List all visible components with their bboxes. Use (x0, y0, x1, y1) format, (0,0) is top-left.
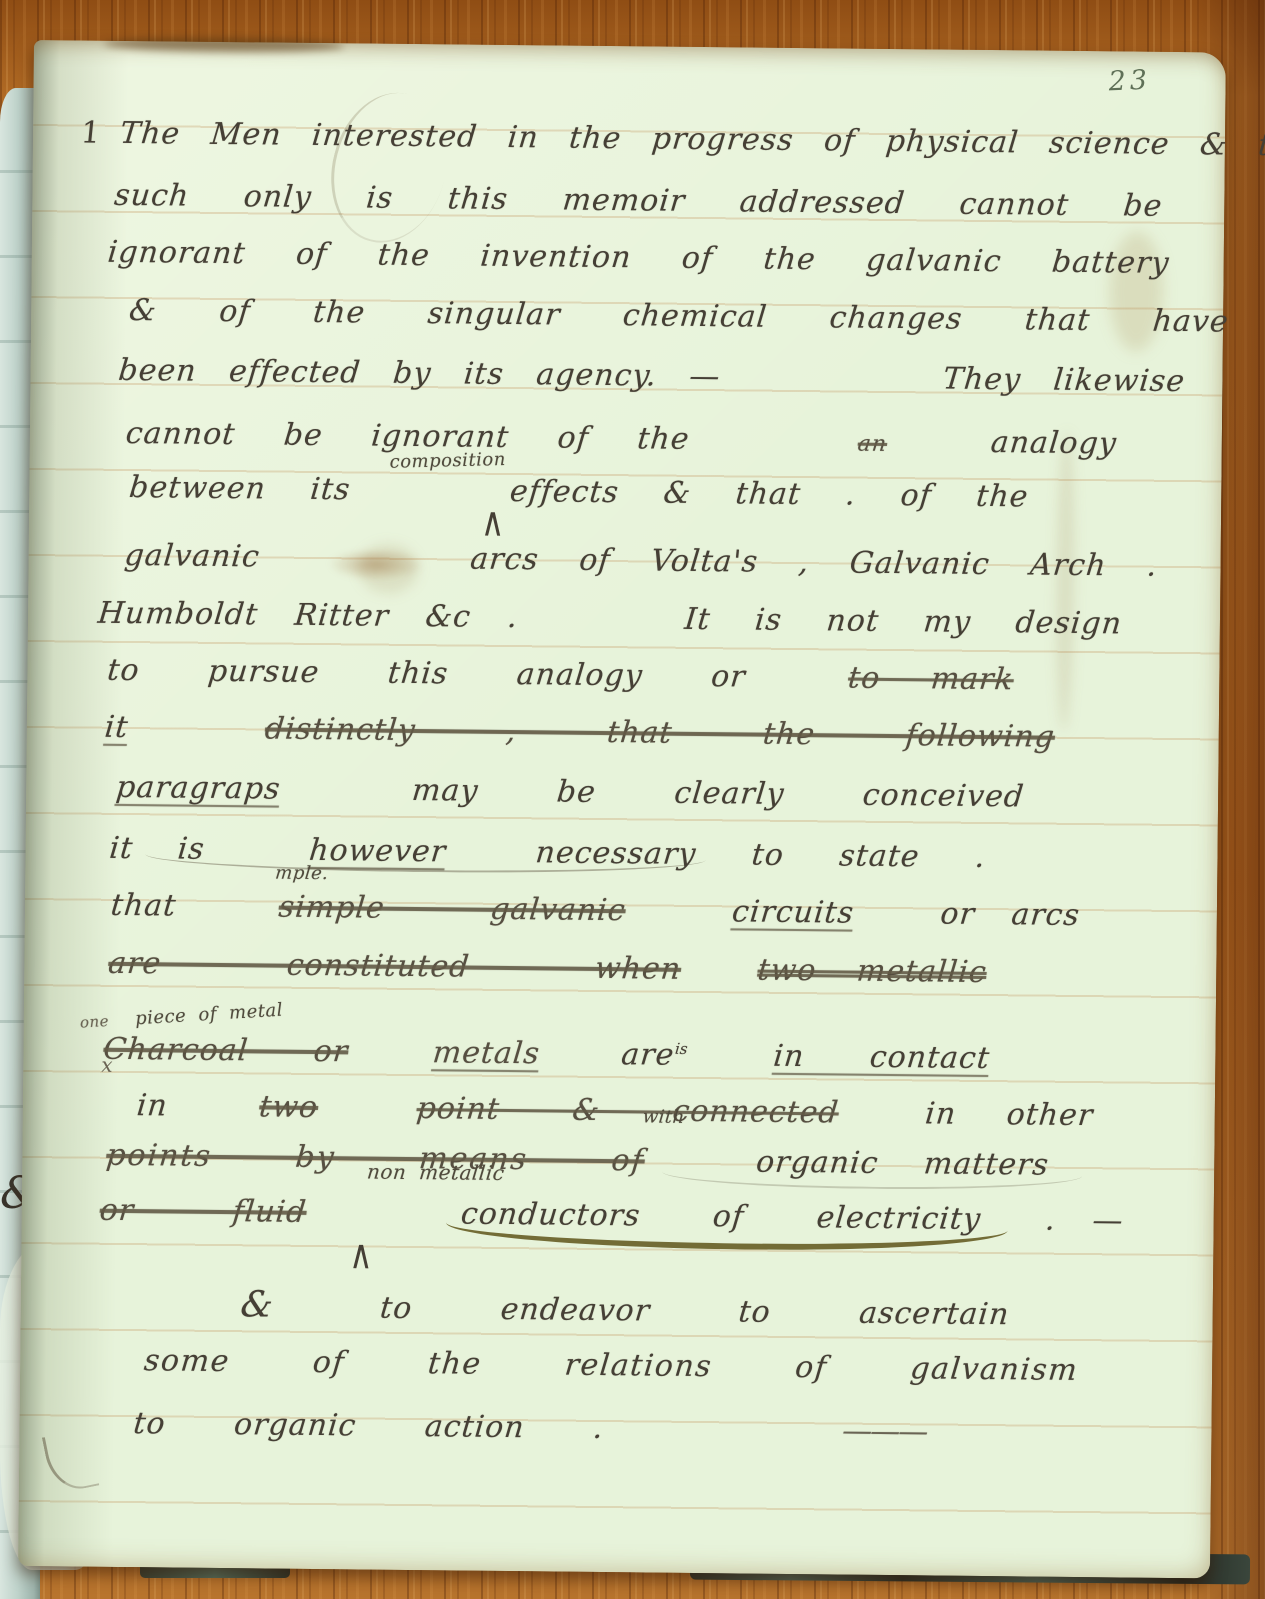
manuscript-line: ignorant of the invention of the galvani… (106, 238, 1170, 279)
inserted-word: composition (389, 451, 506, 472)
inserted-word: mple. (274, 865, 329, 884)
page-number: 23 (1108, 65, 1152, 98)
handwriting-text: It is not my design (683, 602, 1124, 642)
handwriting-text: necessary to state . (534, 835, 987, 875)
struck-text: simple galvanic (277, 890, 627, 929)
manuscript-line: to pursue this analogy or to mark (106, 656, 1015, 695)
manuscript-line: or fluid conductors of electricity . — (98, 1196, 1125, 1237)
manuscript-line: cannot be ignorant of the an analogy (124, 419, 1118, 459)
handwriting-text: some of the relations of galvanism (143, 1343, 1080, 1388)
handwriting-text: non metallic (366, 1160, 506, 1185)
underlined-text: in contact (772, 1039, 992, 1076)
handwriting-text: between its (128, 470, 353, 507)
burnt-edge-patch (104, 37, 344, 54)
handwriting-text: galvanic (123, 538, 262, 574)
handwriting-text: mple. (274, 863, 329, 885)
caret-mark: ∧ (481, 498, 505, 546)
manuscript-line: to organic action . ——— (132, 1409, 928, 1447)
caret-mark: ∧ (349, 1231, 373, 1279)
manuscript-line: points by means of organic matters (105, 1141, 1050, 1181)
pen-stroke-mark (42, 1428, 100, 1494)
struck-text: are constituted when (107, 946, 683, 987)
faint-pencil-circle (315, 80, 463, 256)
handwriting-text: been effected by its agency. — (117, 353, 722, 394)
handwriting-text: it (103, 710, 130, 745)
manuscript-line: Charcoal or metals areis in contact (102, 1035, 991, 1074)
handwriting-text: analogy (989, 425, 1118, 461)
manuscript-line: & of the singular chemical changes that … (128, 296, 1230, 337)
handwriting-text: They likewise (941, 362, 1187, 400)
manuscript-line: been effected by its agency. — They like… (117, 356, 1186, 397)
underlined-text: circuits (730, 894, 855, 930)
handwriting-text: & (239, 1284, 276, 1325)
handwriting-text: with (642, 1106, 686, 1127)
manuscript-line: some of the relations of galvanism (143, 1346, 1080, 1386)
handwriting-text: composition (389, 449, 506, 473)
handwriting-text: The Men interested in the progress of ph… (118, 116, 1265, 163)
photo-scene: & 23 1The Men interested in the progress… (0, 0, 1265, 1599)
handwriting-text: piece of metal (135, 1000, 284, 1030)
inserted-word: non metallic (366, 1162, 505, 1183)
handwriting-text: such only is this memoir addressed canno… (113, 178, 1164, 224)
handwriting-text: to endeavor to ascertain (378, 1291, 1011, 1333)
inserted-word: with (642, 1108, 686, 1126)
closing-dash: ——— (841, 1414, 928, 1450)
handwriting-text: . — (1044, 1203, 1126, 1239)
underlined-text: paragraps (115, 770, 283, 807)
struck-text: distinctly , that the following (263, 711, 1056, 754)
handwriting-text: are (620, 1037, 676, 1073)
manuscript-line: 1The Men interested in the progress of p… (80, 119, 1265, 162)
handwriting-text: ignorant of the invention of the galvani… (106, 235, 1171, 281)
handwriting-text: in (135, 1088, 169, 1123)
struck-text: point & connected (415, 1091, 840, 1130)
manuscript-line: between its effects & that . of the (128, 473, 1030, 512)
struck-text: or fluid (98, 1193, 308, 1230)
manuscript-line: galvanic arcs of Volta's , Galvanic Arch… (123, 541, 1159, 582)
superscript-correction: is (674, 1040, 688, 1058)
manuscript-line: in two point & connected in other (135, 1091, 1094, 1131)
inserted-line: one piece of metal (79, 1002, 283, 1032)
struck-text: an (857, 432, 889, 457)
paragraph-number: 1 (79, 116, 102, 151)
manuscript-page: 23 1The Men interested in the progress o… (18, 40, 1226, 1578)
margin-cross-mark: x (101, 1053, 113, 1077)
struck-text: to mark (847, 661, 1016, 698)
manuscript-line: it distinctly , that the following (103, 713, 1056, 753)
manuscript-line: that simple galvanic circuits or arcs (109, 891, 1081, 931)
handwriting-text: effects & that . of the (508, 474, 1030, 514)
manuscript-line: & to endeavor to ascertain (239, 1287, 1011, 1331)
handwriting-text: it is (108, 831, 207, 867)
margin-word: one (79, 1012, 109, 1032)
struck-text: Charcoal or (102, 1032, 350, 1070)
heavy-underlined-text: conductors of electricity (459, 1197, 982, 1237)
handwriting-text: arcs of Volta's , Galvanic Arch . (469, 542, 1160, 584)
handwriting-text: or arcs (939, 897, 1082, 933)
handwriting-text: to organic action . (132, 1406, 606, 1446)
manuscript-line: such only is this memoir addressed canno… (113, 181, 1164, 222)
handwriting-text: Humboldt Ritter &c . (96, 596, 519, 635)
handwriting-text: in other (924, 1096, 1095, 1133)
handwriting-text: & of the singular chemical changes that … (128, 293, 1231, 339)
manuscript-line: Humboldt Ritter &c . It is not my design (97, 599, 1124, 640)
struck-text: two (258, 1089, 320, 1125)
struck-text: metals (431, 1035, 542, 1071)
handwriting-text: to pursue this analogy or (106, 653, 748, 695)
manuscript-line: paragraps may be clearly conceived (115, 773, 1026, 812)
manuscript-line: it is however necessary to state . (108, 834, 987, 873)
handwriting-text: may be clearly conceived (410, 773, 1025, 814)
handwriting-text: organic matters (755, 1145, 1051, 1183)
double-struck-text: two metallic (756, 953, 988, 990)
manuscript-line: are constituted when two metallic (107, 949, 988, 988)
handwriting-text: that (109, 888, 178, 924)
